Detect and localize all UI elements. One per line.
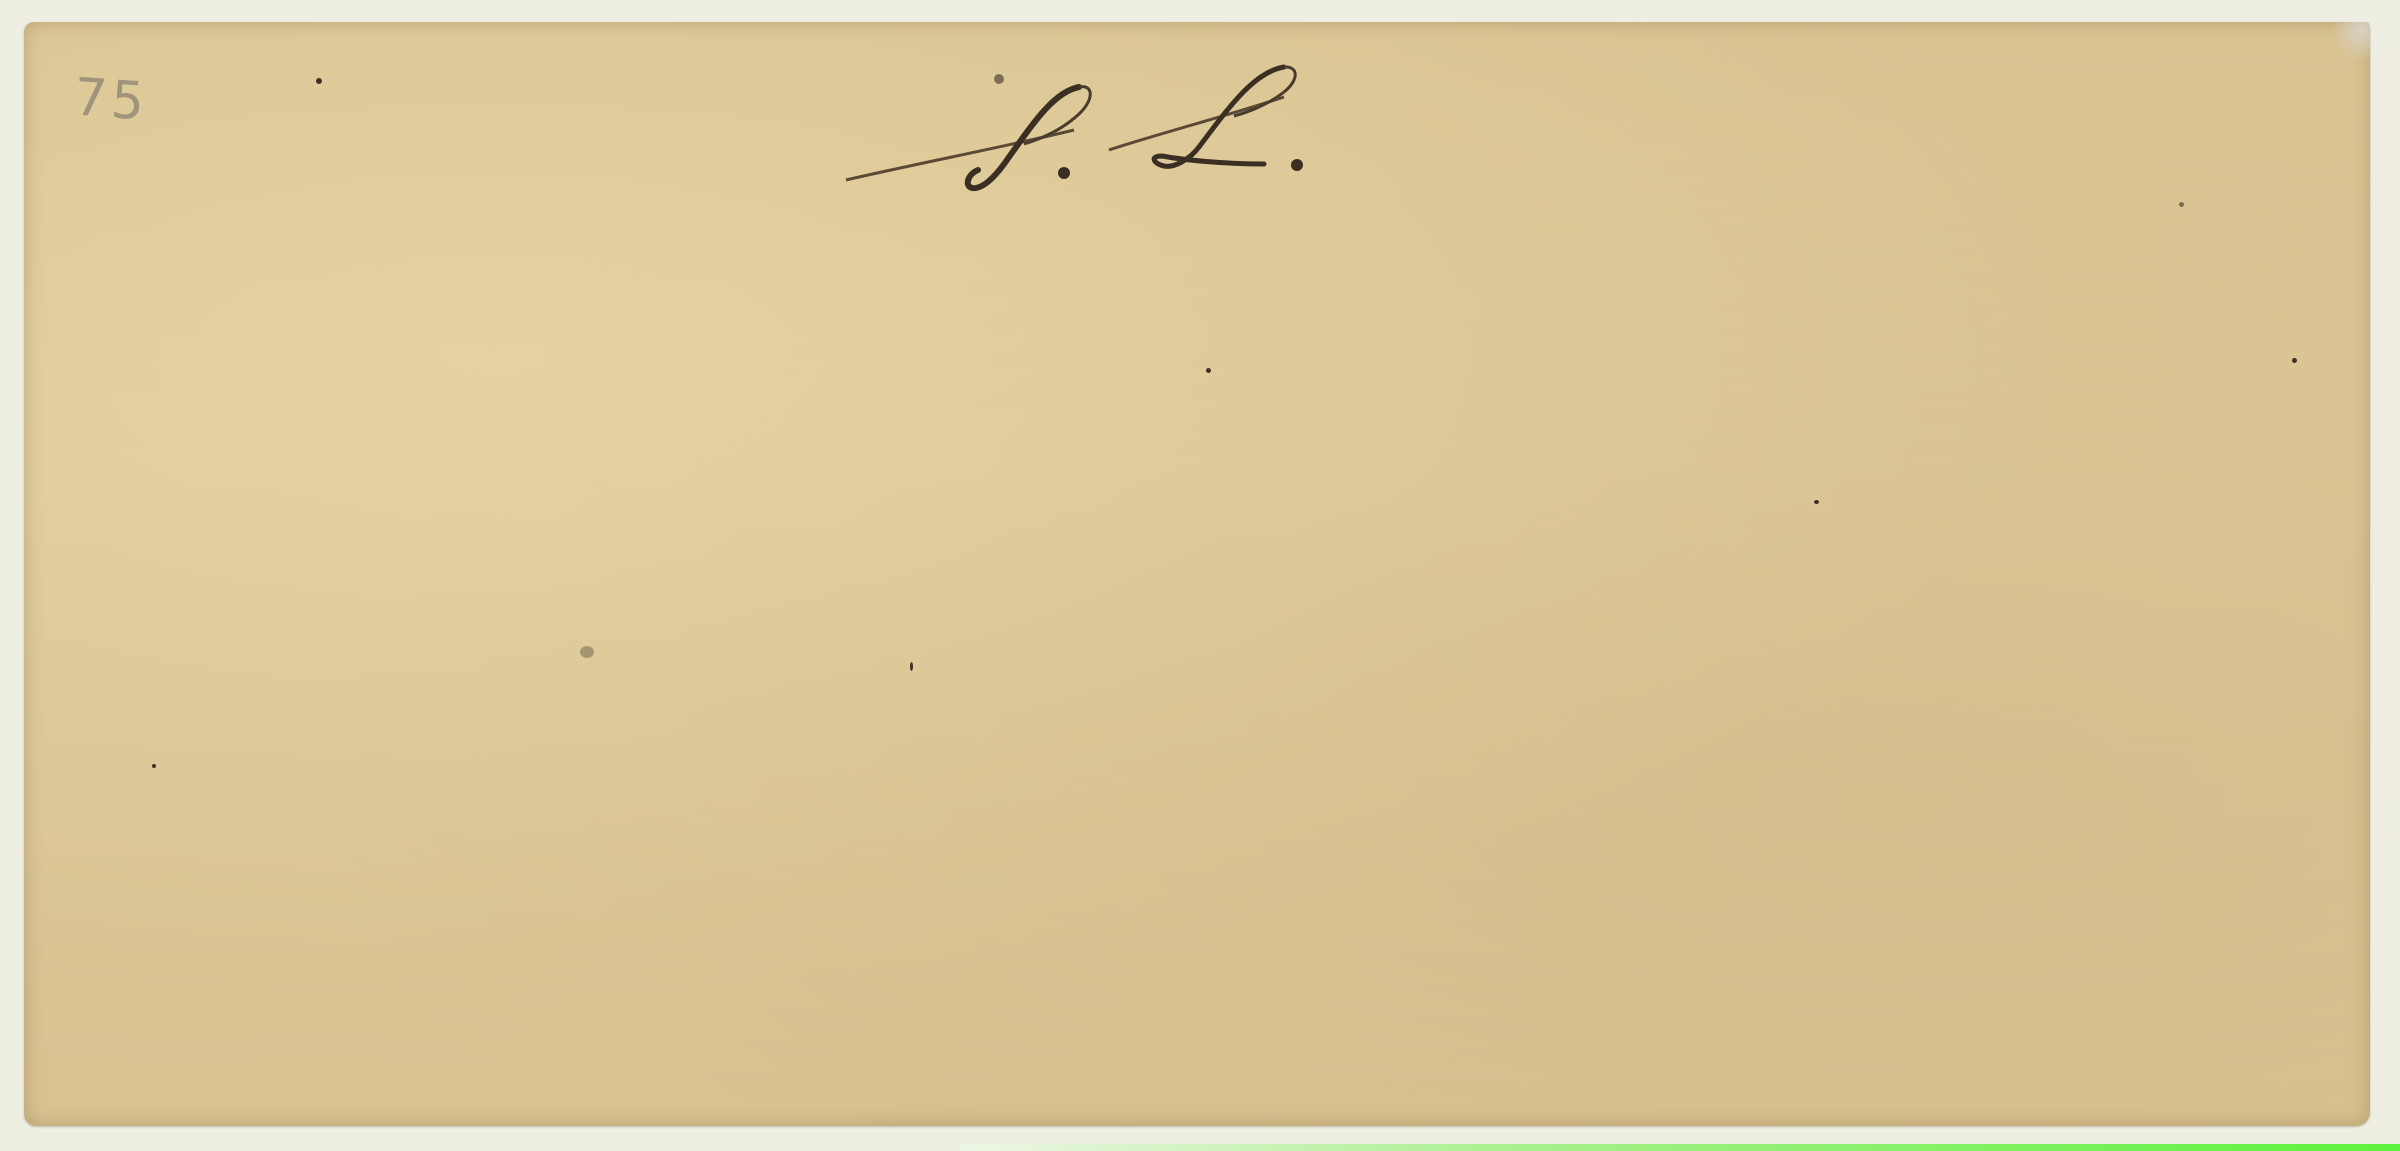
speck <box>2292 358 2297 363</box>
speck <box>994 74 1004 84</box>
loading-progress-bar <box>960 1144 2400 1151</box>
speck <box>316 78 322 84</box>
card-back: 75 S. L. <box>24 22 2370 1126</box>
speck <box>152 764 156 768</box>
pencil-inventory-number: 75 <box>72 67 150 132</box>
ink-initials: S. L. <box>844 52 1324 202</box>
speck <box>2179 202 2184 207</box>
speck <box>910 662 913 671</box>
speck <box>1206 368 1211 373</box>
worn-corner <box>2330 22 2370 62</box>
speck <box>580 646 594 658</box>
speck <box>1814 500 1819 504</box>
